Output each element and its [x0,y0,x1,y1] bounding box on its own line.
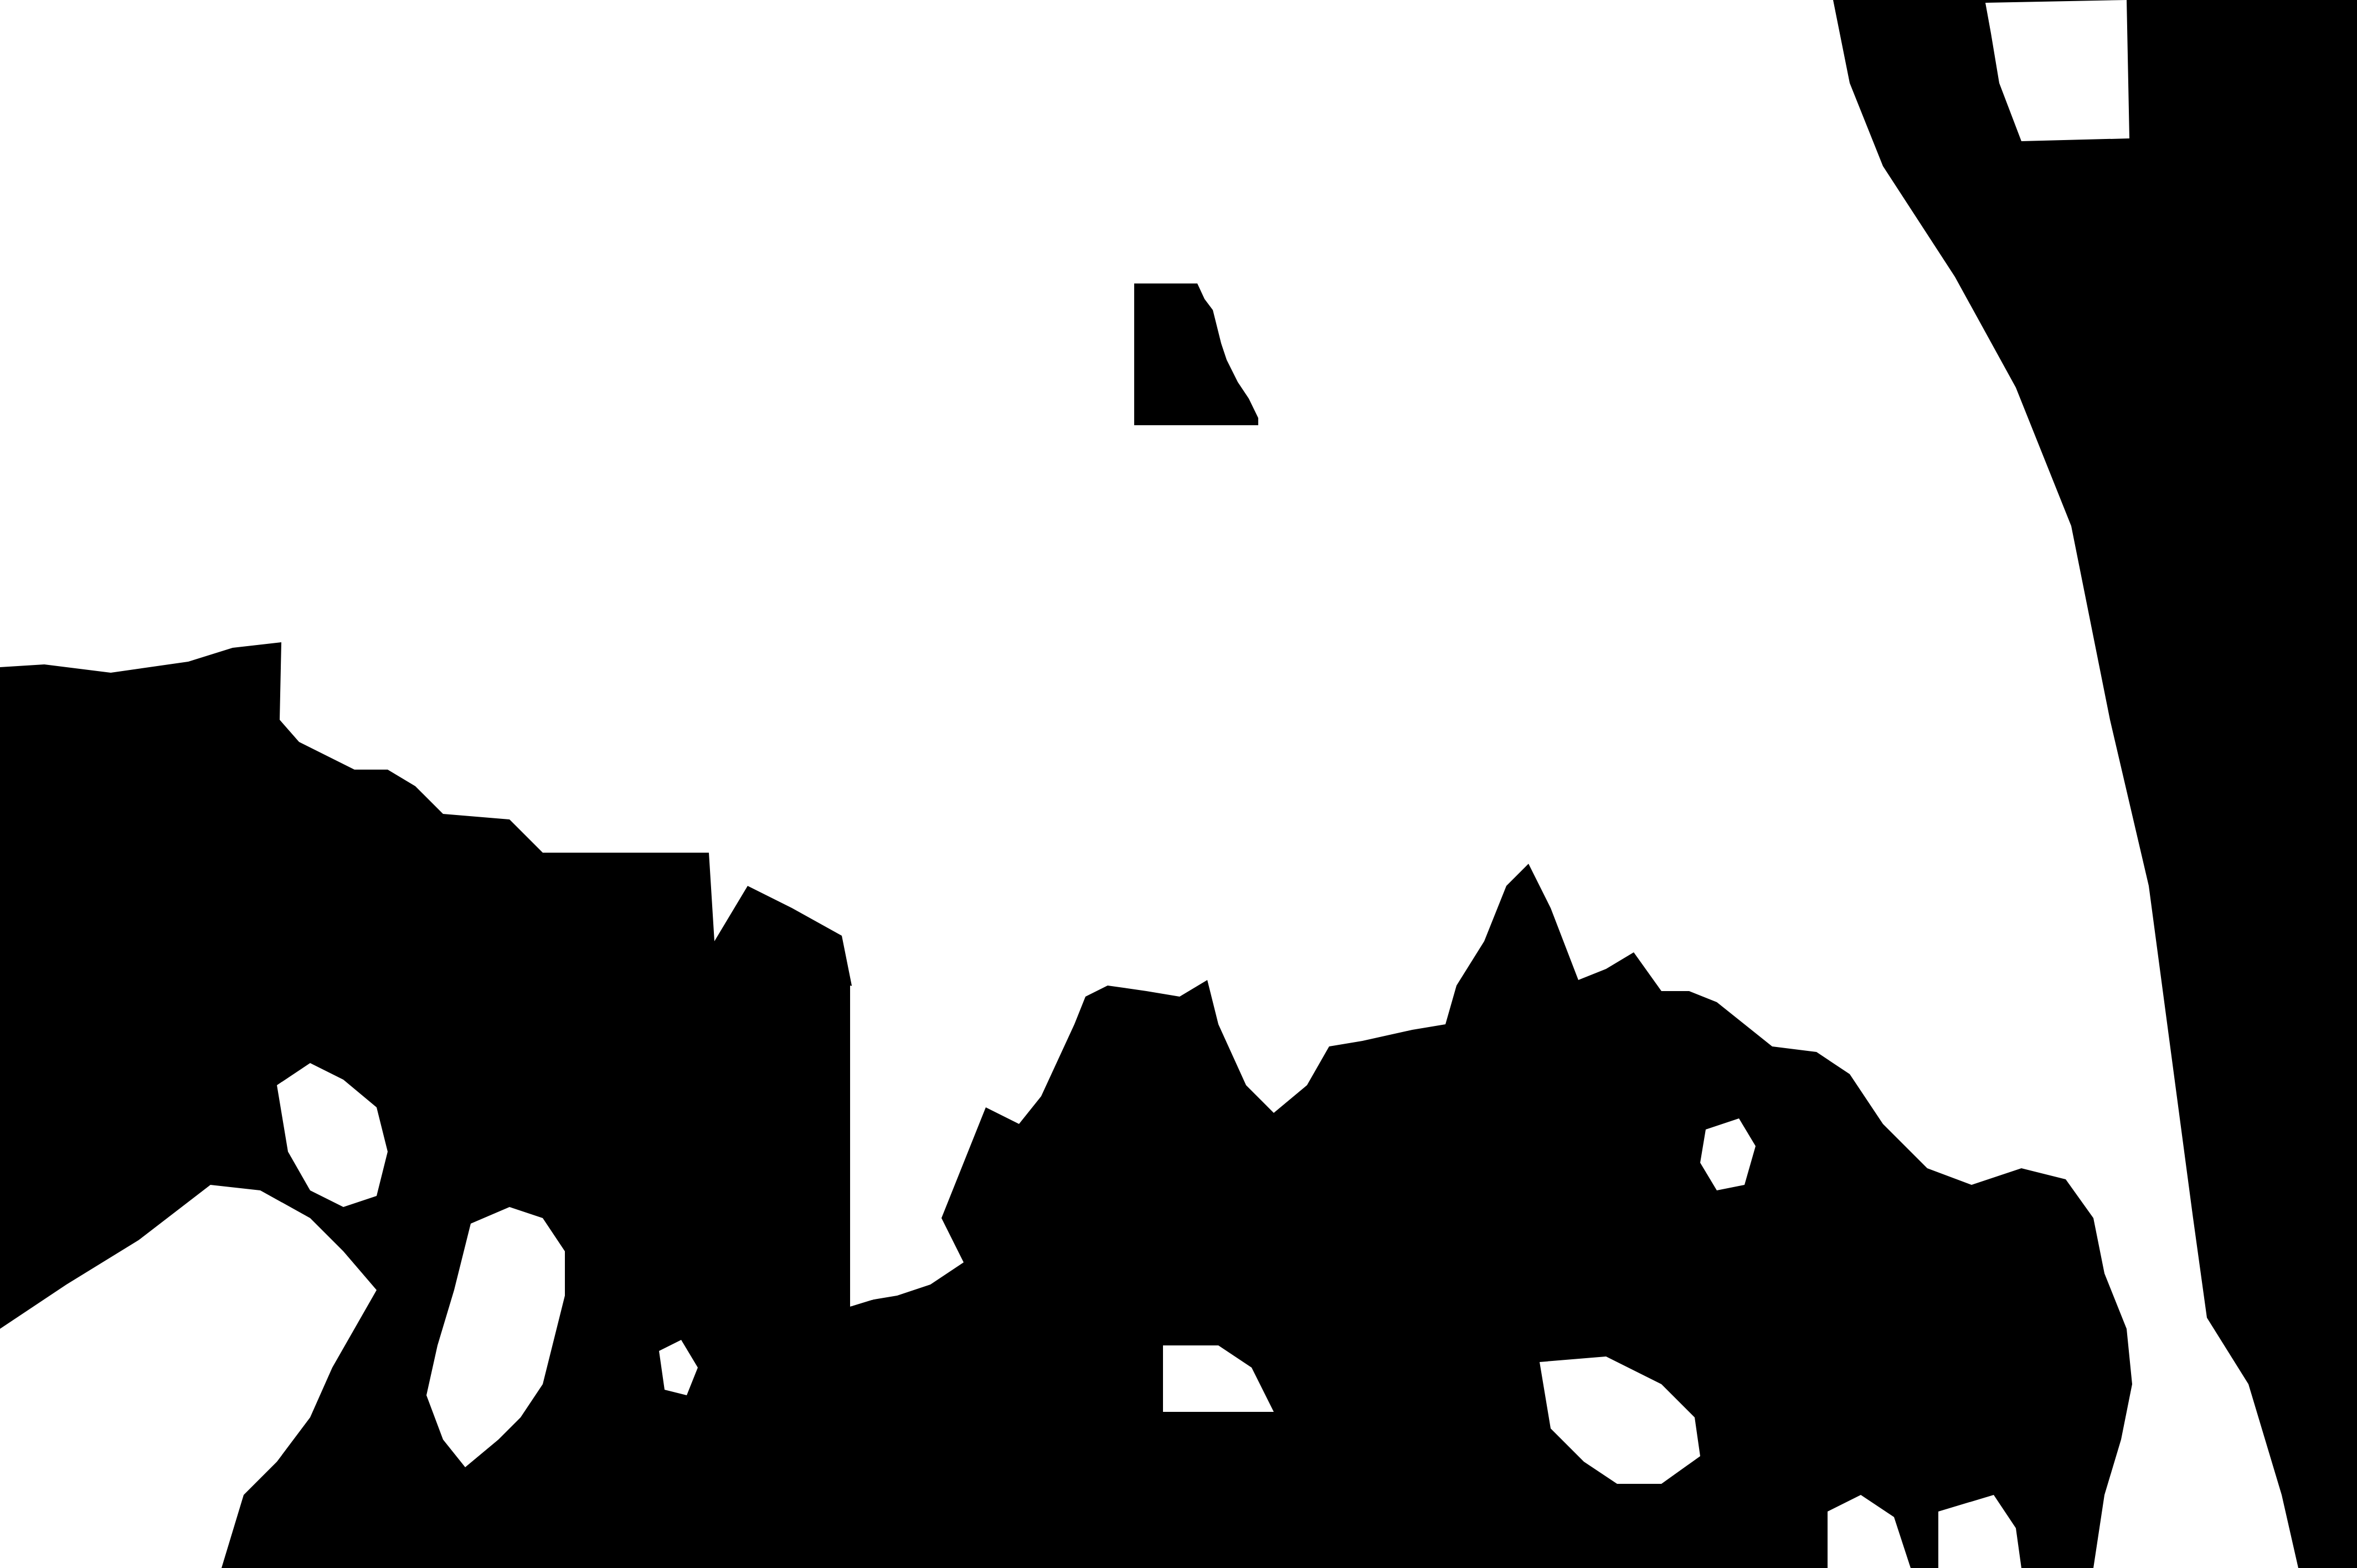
segmentation-mask [0,0,2357,1568]
